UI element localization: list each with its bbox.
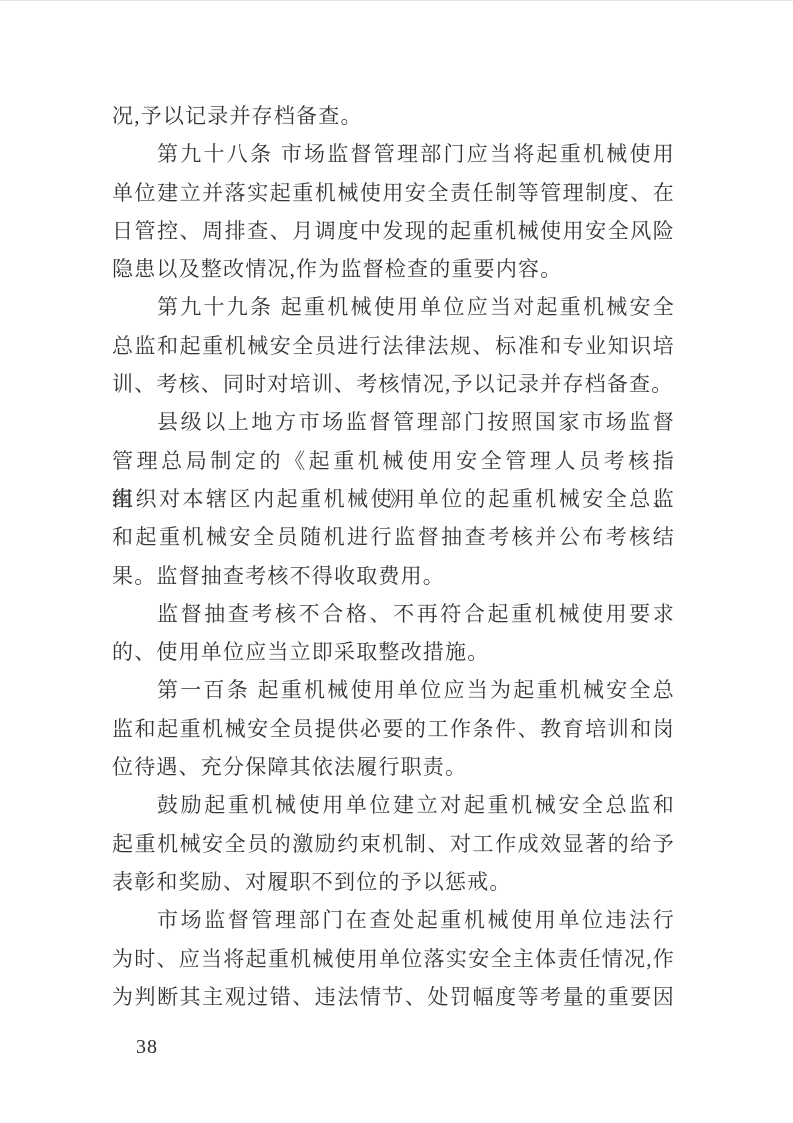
text-line: 况,予以记录并存档备查。 [112,97,675,135]
text-line: 监和起重机械安全员提供必要的工作条件、教育培训和岗 [112,710,675,748]
text-line: 训、考核、同时对培训、考核情况,予以记录并存档备查。 [112,365,675,403]
text-line: 的、使用单位应当立即采取整改措施。 [112,633,675,671]
text-line: 第一百条 起重机械使用单位应当为起重机械安全总 [112,671,675,709]
text-line: 日管控、周排查、月调度中发现的起重机械使用安全风险 [112,212,675,250]
text-line: 管理总局制定的《起重机械使用安全管理人员考核指南》、 [112,442,675,480]
text-line: 为判断其主观过错、违法情节、处罚幅度等考量的重要因 [112,978,675,1016]
text-line: 为时、应当将起重机械使用单位落实安全主体责任情况,作 [112,940,675,978]
document-body: 况,予以记录并存档备查。第九十八条 市场监督管理部门应当将起重机械使用单位建立并… [112,97,675,1016]
text-line: 第九十八条 市场监督管理部门应当将起重机械使用 [112,135,675,173]
text-line: 表彰和奖励、对履职不到位的予以惩戒。 [112,863,675,901]
document-page: 况,予以记录并存档备查。第九十八条 市场监督管理部门应当将起重机械使用单位建立并… [0,0,793,1123]
text-line: 位待遇、充分保障其依法履行职责。 [112,748,675,786]
page-number: 38 [136,1035,158,1059]
text-line: 单位建立并落实起重机械使用安全责任制等管理制度、在 [112,174,675,212]
text-line: 总监和起重机械安全员进行法律法规、标准和专业知识培 [112,327,675,365]
text-line: 县级以上地方市场监督管理部门按照国家市场监督 [112,403,675,441]
text-line: 组织对本辖区内起重机械使用单位的起重机械安全总监 [112,480,675,518]
text-line: 市场监督管理部门在查处起重机械使用单位违法行 [112,901,675,939]
text-line: 监督抽查考核不合格、不再符合起重机械使用要求 [112,595,675,633]
text-line: 鼓励起重机械使用单位建立对起重机械安全总监和 [112,786,675,824]
text-line: 和起重机械安全员随机进行监督抽查考核并公布考核结 [112,518,675,556]
text-line: 隐患以及整改情况,作为监督检查的重要内容。 [112,250,675,288]
text-line: 第九十九条 起重机械使用单位应当对起重机械安全 [112,288,675,326]
text-line: 果。监督抽查考核不得收取费用。 [112,557,675,595]
text-line: 起重机械安全员的激励约束机制、对工作成效显著的给予 [112,825,675,863]
